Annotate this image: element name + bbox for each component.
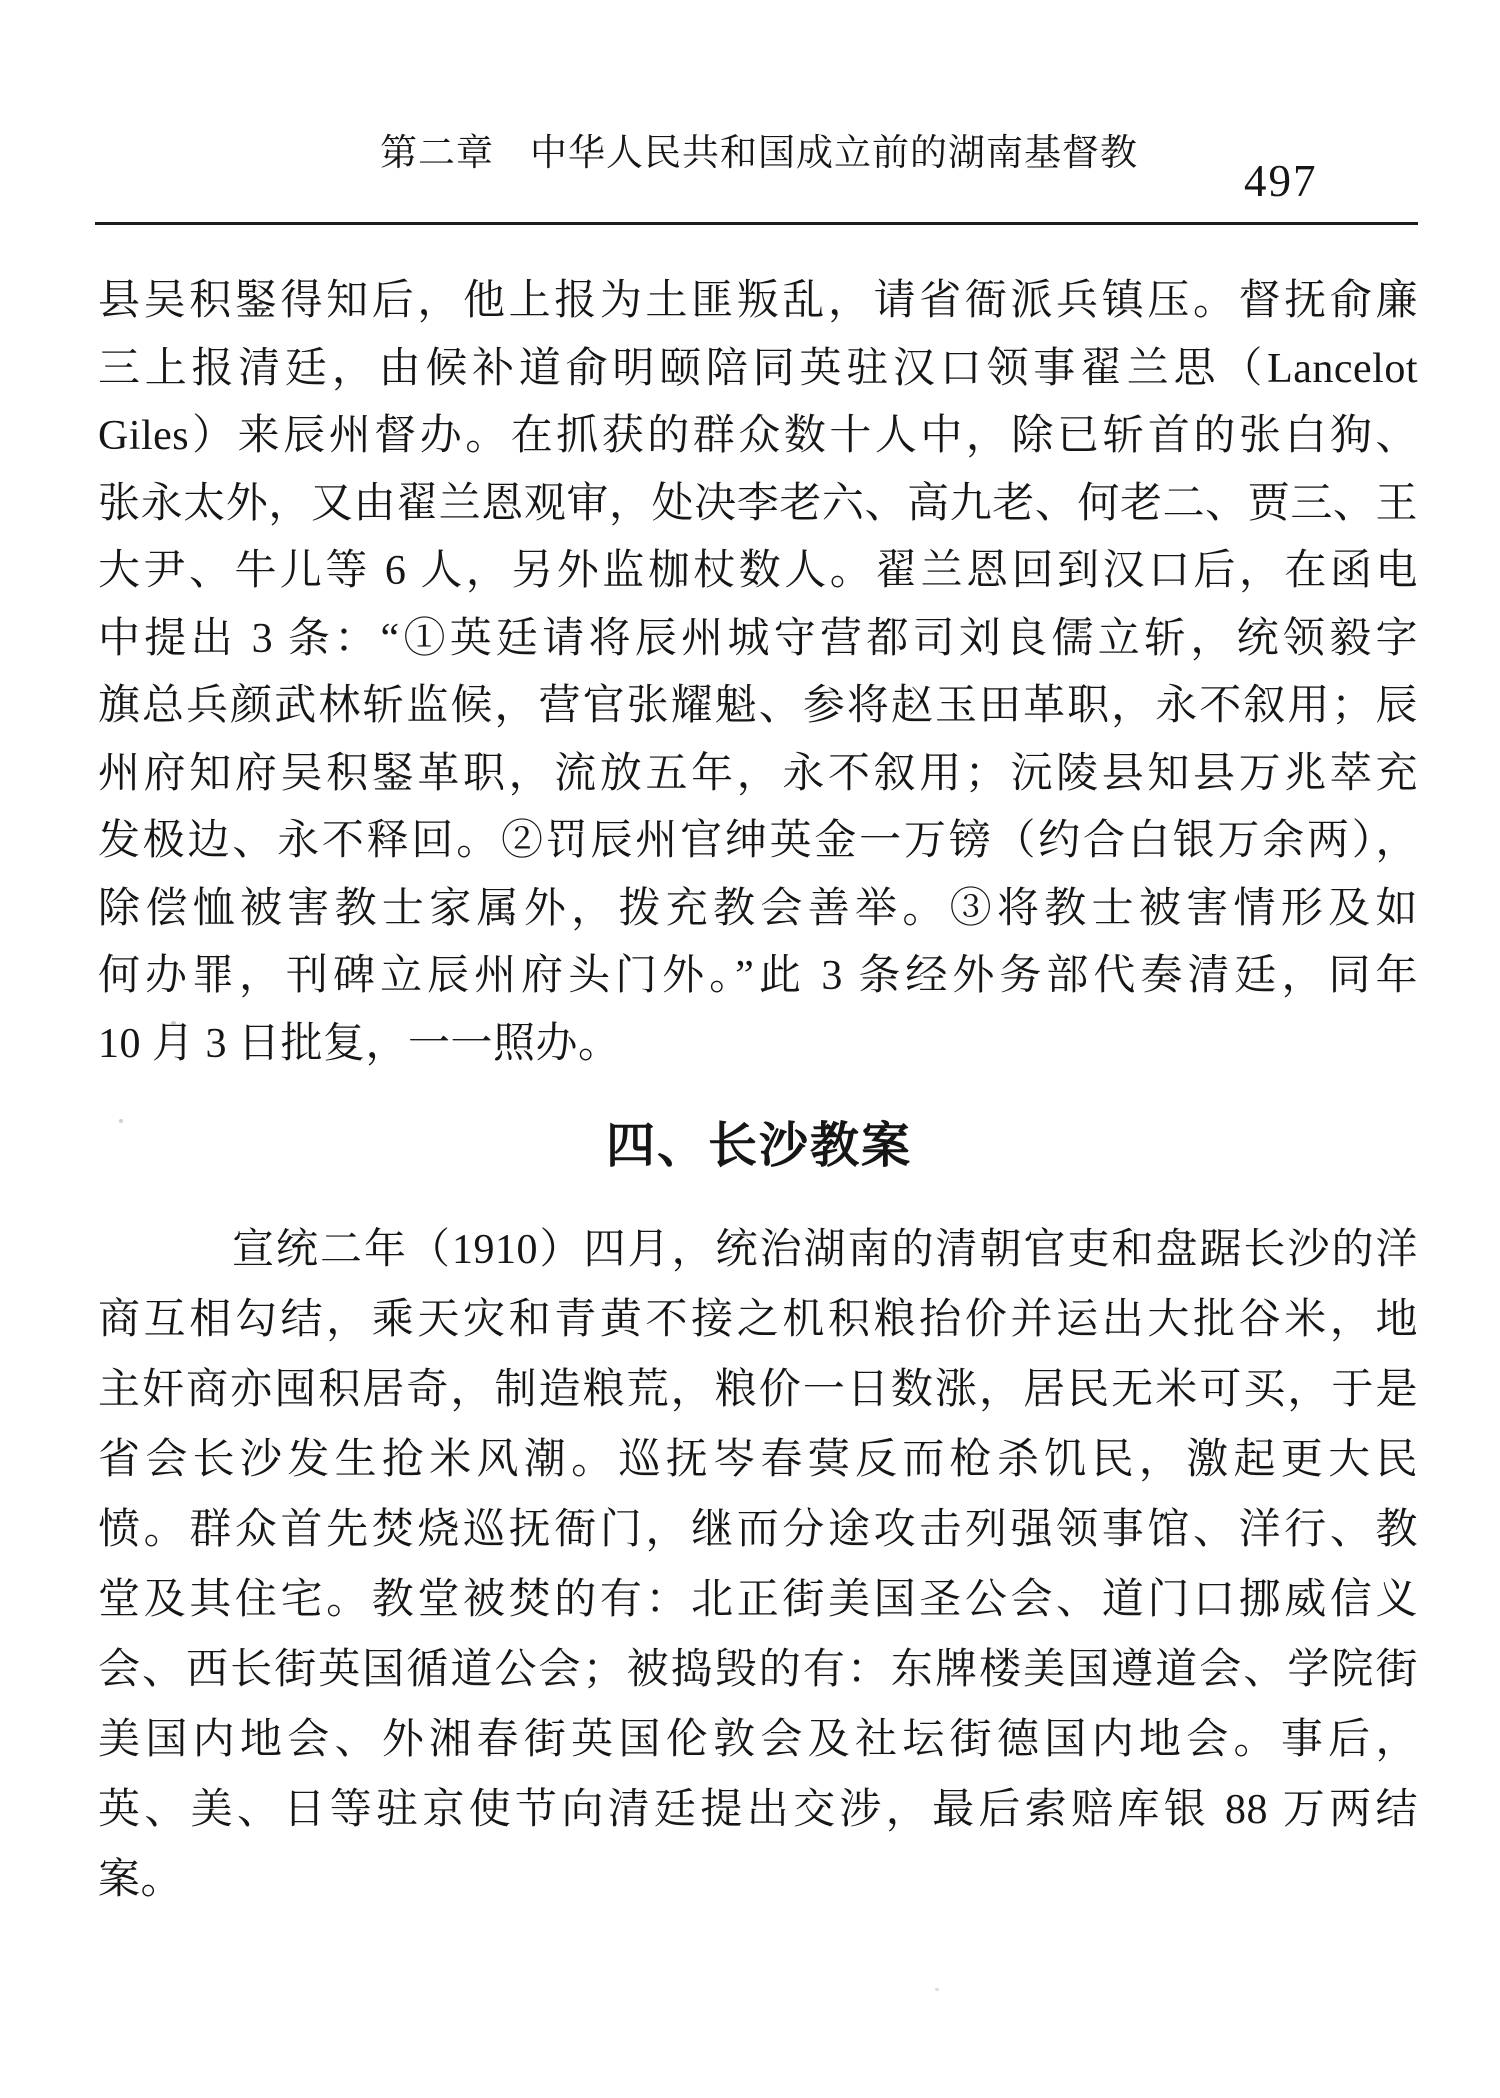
chapter-title-text: 中华人民共和国成立前的湖南基督教 xyxy=(530,133,1138,174)
body-text-line: 何办罪，刊碑立辰州府头门外。”此 3 条经外务部代奏清廷，同年 xyxy=(98,943,1418,1011)
chapter-number-label: 第二章 xyxy=(380,133,494,174)
body-text-line: 案。 xyxy=(98,1845,1418,1915)
body-text-line: 张永太外，又由翟兰恩观审，处决李老六、高九老、何老二、贾三、王 xyxy=(98,471,1418,539)
body-text-line: 旗总兵颜武林斩监候，营官张耀魁、参将赵玉田革职，永不叙用；辰 xyxy=(98,673,1418,741)
body-text-line: Giles）来辰州督办。在抓获的群众数十人中，除已斩首的张白狗、 xyxy=(98,403,1418,471)
body-text-line: 三上报清廷，由候补道俞明颐陪同英驻汉口领事翟兰思（Lancelot xyxy=(98,336,1418,404)
header-divider-rule xyxy=(95,222,1418,225)
body-text-line: 主奸商亦囤积居奇，制造粮荒，粮价一日数涨，居民无米可买，于是 xyxy=(98,1355,1418,1425)
body-text-line: 会、西长街英国循道公会；被捣毁的有：东牌楼美国遵道会、学院街 xyxy=(98,1635,1418,1705)
body-text-line: 除偿恤被害教士家属外，拨充教会善举。③将教士被害情形及如 xyxy=(98,876,1418,944)
body-text-line: 美国内地会、外湘春街英国伦敦会及社坛街德国内地会。事后， xyxy=(98,1705,1418,1775)
scan-artifact xyxy=(119,1119,123,1123)
scan-artifact xyxy=(935,1988,939,1991)
scan-artifact xyxy=(171,1021,176,1025)
body-text-line: 发极边、永不释回。②罚辰州官绅英金一万镑（约合白银万余两）， xyxy=(98,808,1418,876)
book-page-scan: 第二章中华人民共和国成立前的湖南基督教 497 县吴积鋻得知后，他上报为土匪叛乱… xyxy=(0,0,1500,2098)
body-text-line: 宣统二年（1910）四月，统治湖南的清朝官吏和盘踞长沙的洋 xyxy=(98,1215,1418,1285)
page-number: 497 xyxy=(1244,158,1318,204)
body-text-line: 堂及其住宅。教堂被焚的有：北正街美国圣公会、道门口挪威信义 xyxy=(98,1565,1418,1635)
body-text-line: 县吴积鋻得知后，他上报为土匪叛乱，请省衙派兵镇压。督抚俞廉 xyxy=(98,268,1418,336)
section-heading-changsha-case: 四、长沙教案 xyxy=(98,1118,1420,1174)
body-text-line: 省会长沙发生抢米风潮。巡抚岑春蓂反而枪杀饥民，激起更大民 xyxy=(98,1425,1418,1495)
body-text-line: 中提出 3 条：“①英廷请将辰州城守营都司刘良儒立斩，统领毅字 xyxy=(98,606,1418,674)
running-head-title: 第二章中华人民共和国成立前的湖南基督教 xyxy=(98,131,1420,177)
body-text-line: 10 月 3 日批复，一一照办。 xyxy=(98,1011,1418,1079)
body-text-line: 英、美、日等驻京使节向清廷提出交涉，最后索赔库银 88 万两结 xyxy=(98,1775,1418,1845)
body-text-line: 愤。群众首先焚烧巡抚衙门，继而分途攻击列强领事馆、洋行、教 xyxy=(98,1495,1418,1565)
paragraph-changsha-case: 宣统二年（1910）四月，统治湖南的清朝官吏和盘踞长沙的洋 商互相勾结，乘天灾和… xyxy=(98,1215,1418,1915)
paragraph-chenzhou-case: 县吴积鋻得知后，他上报为土匪叛乱，请省衙派兵镇压。督抚俞廉 三上报清廷，由候补道… xyxy=(98,268,1418,1078)
body-text-line: 大尹、牛儿等 6 人，另外监枷杖数人。翟兰恩回到汉口后，在函电 xyxy=(98,538,1418,606)
running-head: 第二章中华人民共和国成立前的湖南基督教 497 xyxy=(98,131,1420,211)
body-text-line: 州府知府吴积鋻革职，流放五年，永不叙用；沅陵县知县万兆萃充 xyxy=(98,741,1418,809)
body-text-line: 商互相勾结，乘天灾和青黄不接之机积粮抬价并运出大批谷米，地 xyxy=(98,1285,1418,1355)
